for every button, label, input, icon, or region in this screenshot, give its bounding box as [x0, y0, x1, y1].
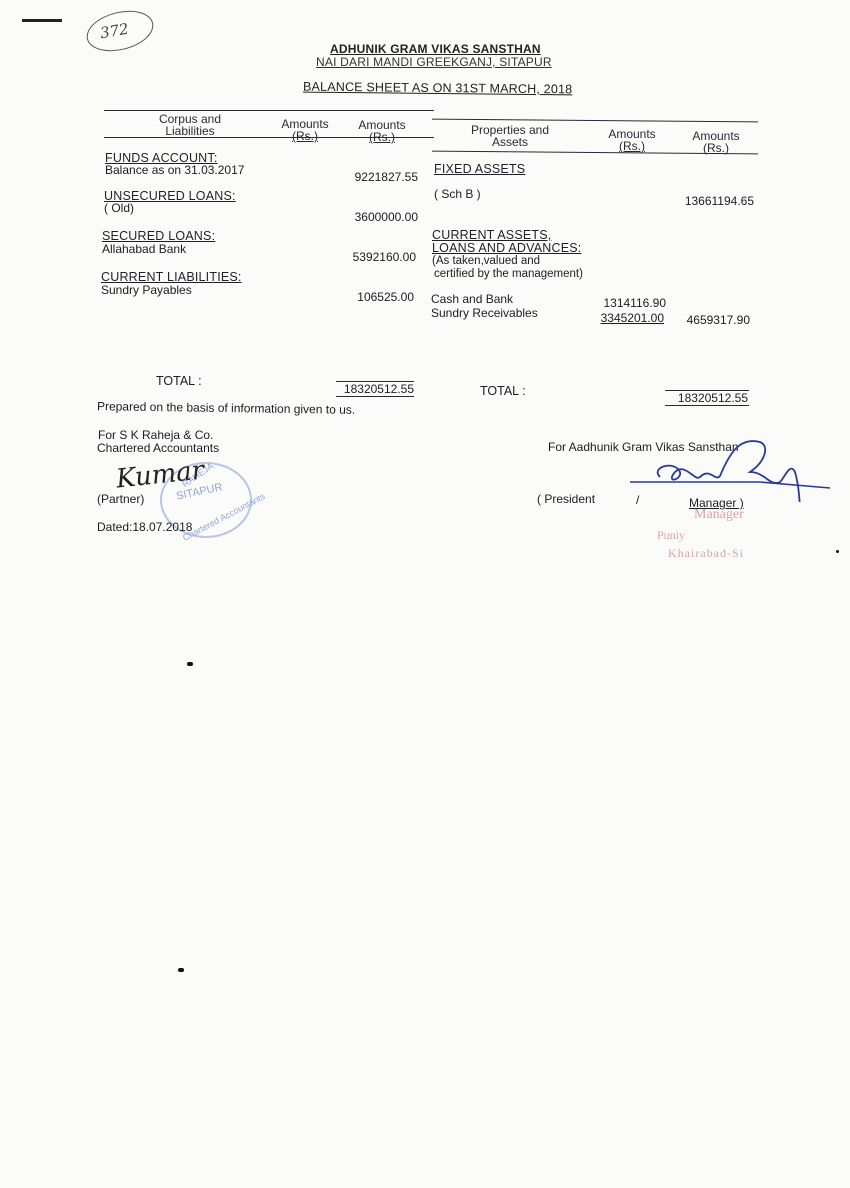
- org-stamp-line-2: Puniy: [657, 528, 685, 543]
- section-current-liabilities: CURRENT LIABILITIES:: [101, 270, 242, 284]
- fixed-assets-amount: 13661194.65: [664, 194, 754, 208]
- org-stamp-line-1: Manager: [694, 507, 744, 523]
- unsecured-loans-amount: 3600000.00: [330, 210, 418, 224]
- secured-loans-amount: 5392160.00: [328, 250, 416, 264]
- role-president: ( President: [537, 492, 595, 506]
- col-header-amount-2-right: Amounts (Rs.): [686, 130, 746, 154]
- current-liabilities-amount: 106525.00: [326, 290, 414, 304]
- funds-balance-amount: 9221827.55: [330, 170, 418, 184]
- current-assets-subtotal: 4659317.90: [662, 313, 750, 327]
- page-title: BALANCE SHEET AS ON 31ST MARCH, 2018: [303, 80, 572, 97]
- cash-and-bank-label: Cash and Bank: [431, 292, 513, 306]
- basis-note: Prepared on the basis of information giv…: [97, 399, 355, 417]
- section-current-assets-line1: CURRENT ASSETS,: [432, 228, 551, 242]
- section-secured-loans: SECURED LOANS:: [102, 229, 215, 243]
- org-stamp-line-3: Khairabad-Si: [668, 546, 744, 561]
- role-separator: /: [636, 493, 639, 507]
- section-current-assets-line2: LOANS AND ADVANCES:: [432, 241, 581, 255]
- scan-speck: [178, 968, 184, 972]
- sundry-receivables-amount: 3345201.00: [576, 311, 664, 325]
- left-total-bottom-rule: [336, 396, 414, 397]
- current-assets-note-line2: certified by the management): [434, 268, 583, 280]
- cash-and-bank-amount: 1314116.90: [578, 296, 666, 310]
- right-total-bottom-rule: [665, 405, 749, 406]
- funds-balance-label: Balance as on 31.03.2017: [105, 163, 244, 177]
- col-header-amount-1-right: Amounts (Rs.): [602, 128, 662, 152]
- left-total-label: TOTAL :: [156, 374, 202, 388]
- right-total-label: TOTAL :: [480, 384, 526, 398]
- margin-dash: [22, 19, 62, 22]
- scan-speck: [187, 662, 193, 666]
- auditor-date: Dated:18.07.2018: [97, 520, 192, 534]
- organisation-signature: [620, 432, 840, 502]
- left-total-amount: 18320512.55: [326, 382, 414, 396]
- secured-loans-label: Allahabad Bank: [102, 242, 186, 256]
- fixed-assets-label: ( Sch B ): [434, 187, 481, 201]
- col-header-amount-2-left: Amounts (Rs.): [352, 119, 412, 143]
- sundry-receivables-label: Sundry Receivables: [431, 306, 538, 320]
- col-header-assets: Properties and Assets: [460, 124, 560, 148]
- table-top-rule-right: [432, 119, 758, 123]
- right-total-amount: 18320512.55: [660, 391, 748, 405]
- org-address: NAI DARI MANDI GREEKGANJ, SITAPUR: [316, 55, 552, 69]
- unsecured-loans-label: ( Old): [104, 201, 134, 215]
- current-assets-note-line1: (As taken,valued and: [432, 255, 540, 267]
- col-header-liabilities: Corpus and Liabilities: [140, 113, 240, 137]
- section-fixed-assets: FIXED ASSETS: [434, 162, 525, 176]
- current-liabilities-label: Sundry Payables: [101, 283, 192, 297]
- org-name: ADHUNIK GRAM VIKAS SANSTHAN: [330, 42, 541, 56]
- col-header-amount-1-left: Amounts (Rs.): [275, 118, 335, 142]
- table-top-rule-left: [104, 110, 434, 111]
- auditor-firm: For S K Raheja & Co.: [98, 428, 213, 442]
- auditor-role: (Partner): [97, 492, 144, 506]
- auditor-title: Chartered Accountants: [97, 441, 219, 455]
- scan-speck: [836, 550, 839, 553]
